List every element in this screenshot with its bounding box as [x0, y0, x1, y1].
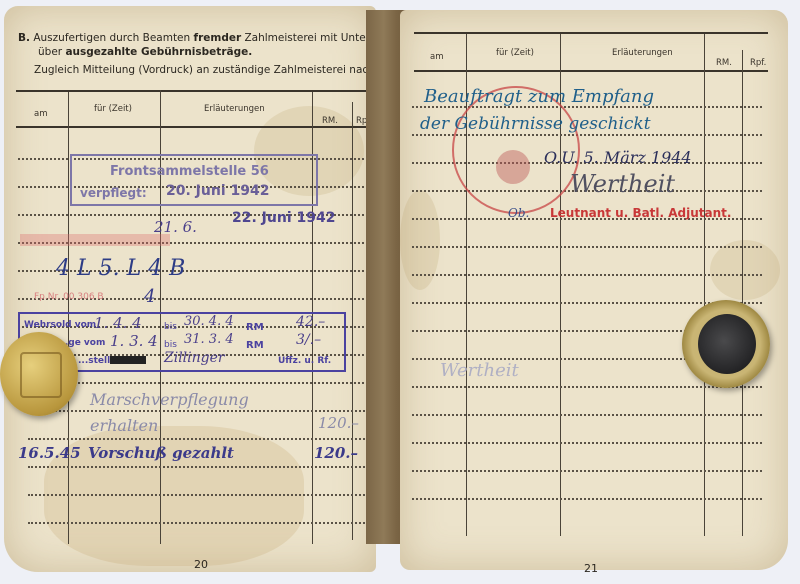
ruled-line [412, 414, 762, 416]
ruled-line [28, 522, 368, 524]
col-header-erlaeuterungen: Erläuterungen [612, 48, 673, 58]
table-header-rule [414, 70, 768, 72]
col-header-am: am [430, 52, 444, 62]
handwritten-line-1: Beauftragt zum Empfang [424, 86, 654, 107]
ruled-line [412, 386, 762, 388]
stamp-date: 20. Juni 1942 [166, 183, 269, 199]
column-divider [742, 50, 743, 536]
ruled-line [28, 438, 368, 440]
ruled-line [412, 246, 762, 248]
handwritten-place-date: O.U. 5. März 1944 [544, 148, 692, 167]
entry-text: Vorschuß gezahlt [88, 444, 234, 462]
ruled-line [412, 274, 762, 276]
col-header-rpf: Rpf. [750, 58, 766, 68]
pay-row1-bis: bis [164, 322, 177, 332]
faded-entry-amount: 120.– [318, 414, 359, 432]
officer-signature: Wertheit [570, 170, 675, 198]
ruled-line [412, 442, 762, 444]
handwritten-mark: 4 [144, 286, 155, 307]
table-top-rule [414, 32, 768, 34]
ruled-line [28, 466, 368, 468]
redaction-bar [110, 356, 146, 364]
header-line-1: B. Auszufertigen durch Beamten fremder Z… [18, 32, 395, 44]
ruled-line [412, 498, 762, 500]
red-stamp-text: Fp.Nr. 00 306 B [34, 292, 104, 302]
euro-1-coin-icon [682, 300, 770, 388]
euro-10-cent-coin-icon [0, 332, 78, 416]
pay-row1-from: 1. 4. 4 [94, 314, 142, 332]
right-page: am für (Zeit) Erläuterungen RM. Rpf. Bea… [400, 10, 788, 570]
column-divider [352, 102, 353, 540]
left-page: B. Auszufertigen durch Beamten fremder Z… [4, 6, 376, 572]
col-header-zeit: für (Zeit) [496, 48, 534, 58]
col-header-zeit: für (Zeit) [94, 104, 132, 114]
red-stamp-band [20, 234, 170, 246]
pay-signature: Zillinger [164, 350, 225, 366]
ruled-line [28, 410, 368, 412]
handwritten-line-2: der Gebührnisse geschickt [420, 114, 651, 134]
col-header-rm: RM. [322, 116, 338, 126]
pay-row2-to: 31. 3. 4 [184, 332, 234, 347]
header-line-3: Zugleich Mitteilung (Vordruck) an zustän… [34, 64, 375, 76]
pay-row2-from: 1. 3. 4 [110, 332, 158, 350]
eagle-emblem-icon [496, 150, 530, 184]
col-header-rm: RM. [716, 58, 732, 68]
stamp-date-2: 22. Juni 1942 [232, 210, 335, 226]
pay-row1-unit: RM [246, 322, 264, 333]
pay-row1-amount: 42.– [296, 314, 325, 330]
ruled-line [28, 494, 368, 496]
page-number-right: 21 [584, 562, 598, 575]
pay-row2-unit: RM [246, 340, 264, 351]
entry-date: 16.5.45 [18, 444, 81, 462]
header-line-2: über ausgezahlte Gebührnisbeträge. [38, 46, 252, 58]
faded-entry-line-2: erhalten [90, 416, 158, 435]
pay-row1-label: Wehrsold vom [24, 320, 96, 330]
stamp-verpflegt-label: verpflegt: [80, 186, 147, 200]
pay-row1-to: 30. 4. 4 [184, 314, 234, 329]
pay-row2-amount: 3/.– [296, 332, 321, 348]
rank-prefix: Ob. [508, 206, 529, 220]
col-header-am: am [34, 109, 48, 119]
col-header-erlaeuterungen: Erläuterungen [204, 104, 265, 114]
ruled-line [412, 470, 762, 472]
stamp-line-1: Frontsammelstelle 56 [110, 164, 269, 179]
entry-amount: 120.– [314, 444, 358, 462]
handwritten-fp-number: 4 L 5. L 4 B [56, 256, 185, 281]
column-divider [704, 34, 705, 536]
water-stain [710, 240, 780, 300]
faded-writing: Wertheit [440, 360, 519, 381]
pay-row2-bis: bis [164, 340, 177, 350]
faded-entry-line-1: Marschverpflegung [90, 390, 249, 409]
rank-stamp: Leutnant u. Batl. Adjutant. [550, 206, 731, 220]
page-number-left: 20 [194, 558, 208, 571]
pay-rank: Uffz. u. Rf. [278, 356, 331, 366]
